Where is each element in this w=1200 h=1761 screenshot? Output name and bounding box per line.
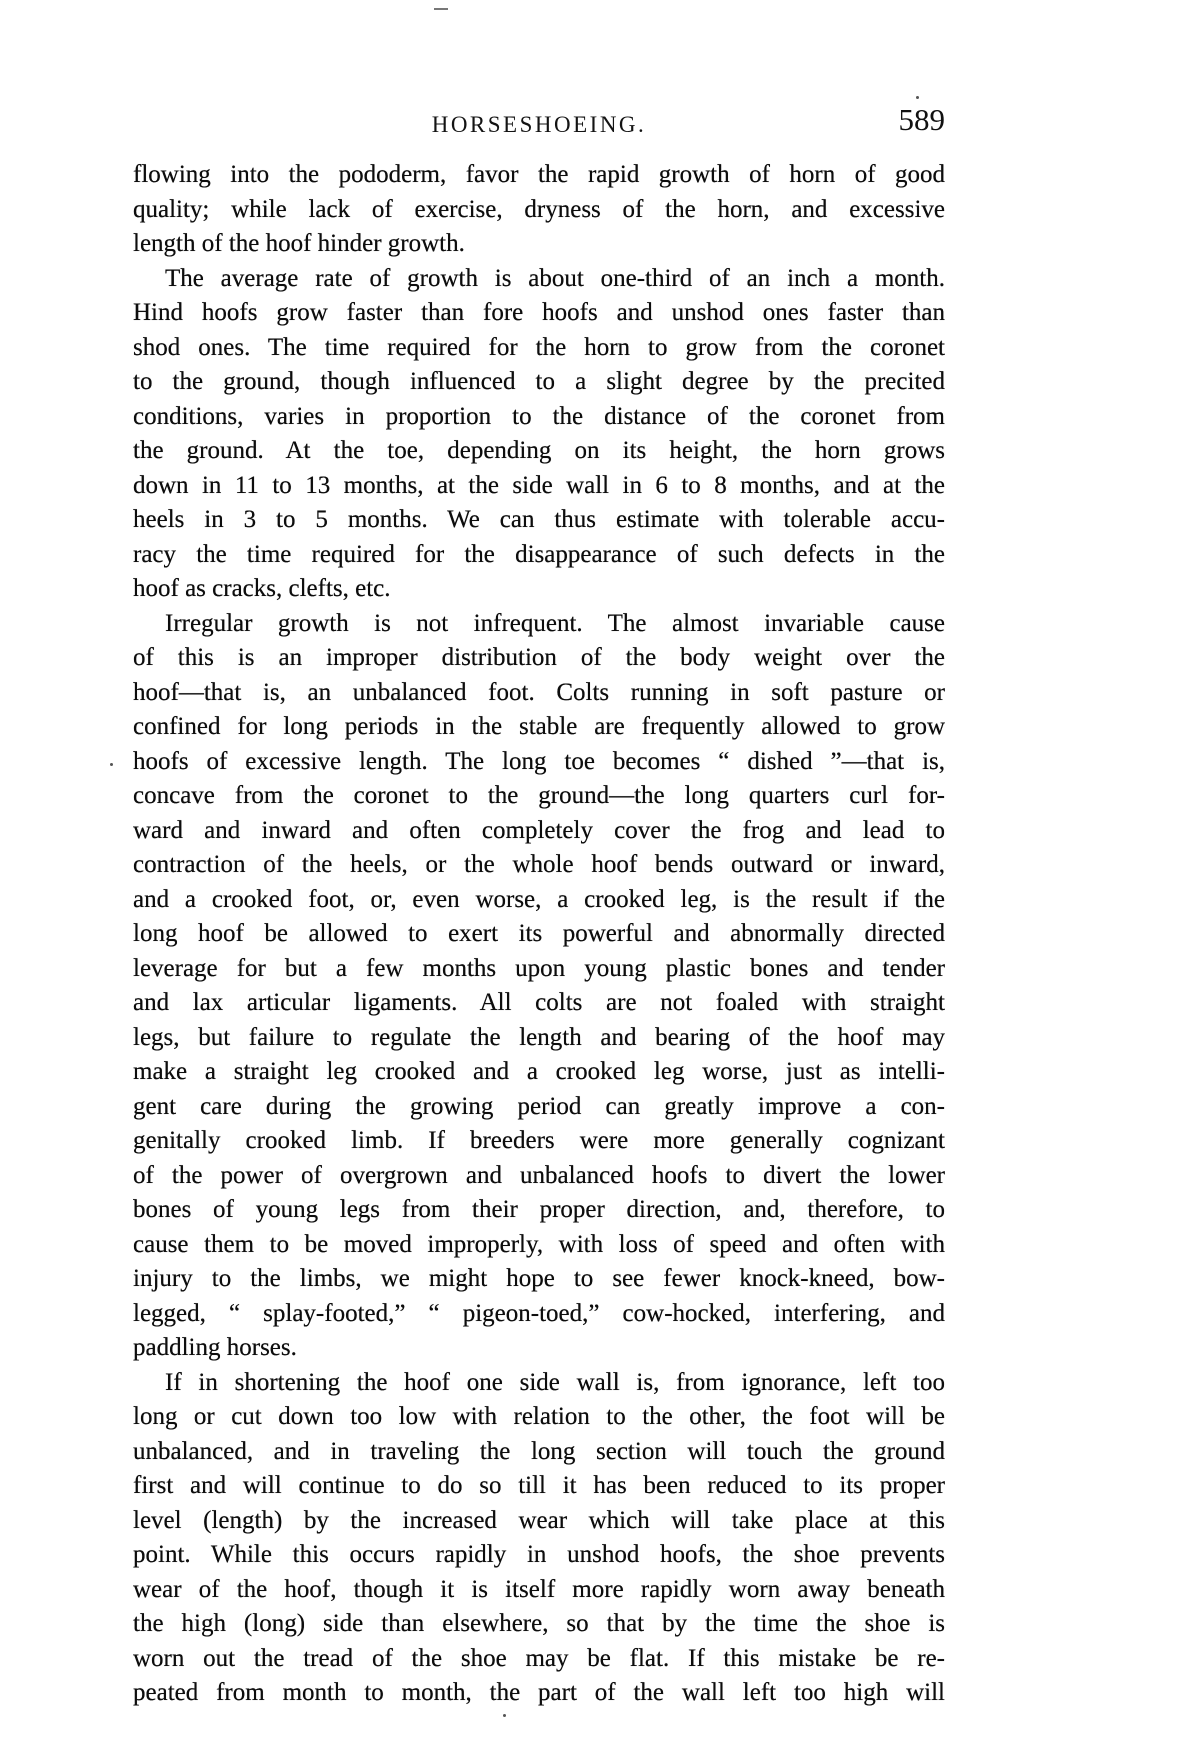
text-line: peated from month to month, the part of … bbox=[133, 1676, 945, 1711]
text-line: gent care during the growing period can … bbox=[133, 1090, 945, 1125]
text-line: cause them to be moved improperly, with … bbox=[133, 1228, 945, 1263]
text-line: down in 11 to 13 months, at the side wal… bbox=[133, 469, 945, 504]
scan-artifact bbox=[434, 8, 448, 10]
text-line: of this is an improper distribution of t… bbox=[133, 641, 945, 676]
text-line: The average rate of growth is about one-… bbox=[133, 262, 945, 297]
text-line: contraction of the heels, or the whole h… bbox=[133, 848, 945, 883]
page-title: HORSESHOEING. bbox=[133, 112, 945, 138]
text-line: to the ground, though influenced to a sl… bbox=[133, 365, 945, 400]
text-line: make a straight leg crooked and a crooke… bbox=[133, 1055, 945, 1090]
text-line: and lax articular ligaments. All colts a… bbox=[133, 986, 945, 1021]
text-line: long or cut down too low with relation t… bbox=[133, 1400, 945, 1435]
text-line: confined for long periods in the stable … bbox=[133, 710, 945, 745]
text-line: level (length) by the increased wear whi… bbox=[133, 1504, 945, 1539]
paragraph: The average rate of growth is about one-… bbox=[133, 262, 945, 607]
text-line: injury to the limbs, we might hope to se… bbox=[133, 1262, 945, 1297]
paragraph: Irregular growth is not infrequent. The … bbox=[133, 607, 945, 1366]
text-line: wear of the hoof, though it is itself mo… bbox=[133, 1573, 945, 1608]
text-line: conditions, varies in proportion to the … bbox=[133, 400, 945, 435]
text-line: If in shortening the hoof one side wall … bbox=[133, 1366, 945, 1401]
page-number: 589 bbox=[899, 102, 946, 138]
text-line: legged, “ splay-footed,” “ pigeon-toed,”… bbox=[133, 1297, 945, 1332]
text-line: bones of young legs from their proper di… bbox=[133, 1193, 945, 1228]
text-line: point. While this occurs rapidly in unsh… bbox=[133, 1538, 945, 1573]
text-line: heels in 3 to 5 months. We can thus esti… bbox=[133, 503, 945, 538]
text-line: first and will continue to do so till it… bbox=[133, 1469, 945, 1504]
text-block: flowing into the pododerm, favor the rap… bbox=[133, 158, 945, 1711]
text-line: legs, but failure to regulate the length… bbox=[133, 1021, 945, 1056]
text-line: hoof—that is, an unbalanced foot. Colts … bbox=[133, 676, 945, 711]
text-line: racy the time required for the disappear… bbox=[133, 538, 945, 573]
text-line: shod ones. The time required for the hor… bbox=[133, 331, 945, 366]
paragraph: If in shortening the hoof one side wall … bbox=[133, 1366, 945, 1711]
text-line: paddling horses. bbox=[133, 1331, 945, 1366]
text-line: the ground. At the toe, depending on its… bbox=[133, 434, 945, 469]
scan-artifact bbox=[110, 763, 113, 766]
text-line: and a crooked foot, or, even worse, a cr… bbox=[133, 883, 945, 918]
text-line: ward and inward and often completely cov… bbox=[133, 814, 945, 849]
paragraph: flowing into the pododerm, favor the rap… bbox=[133, 158, 945, 262]
text-line: leverage for but a few months upon young… bbox=[133, 952, 945, 987]
text-line: long hoof be allowed to exert its powerf… bbox=[133, 917, 945, 952]
scan-artifact bbox=[503, 1714, 506, 1717]
text-line: the high (long) side than elsewhere, so … bbox=[133, 1607, 945, 1642]
text-line: unbalanced, and in traveling the long se… bbox=[133, 1435, 945, 1470]
text-line: hoof as cracks, clefts, etc. bbox=[133, 572, 945, 607]
running-head: HORSESHOEING. 589 bbox=[133, 100, 945, 158]
scanned-book-page: HORSESHOEING. 589 flowing into the podod… bbox=[0, 0, 1200, 1761]
text-line: concave from the coronet to the ground—t… bbox=[133, 779, 945, 814]
text-line: genitally crooked limb. If breeders were… bbox=[133, 1124, 945, 1159]
text-line: Hind hoofs grow faster than fore hoofs a… bbox=[133, 296, 945, 331]
text-line: hoofs of excessive length. The long toe … bbox=[133, 745, 945, 780]
text-column: HORSESHOEING. 589 flowing into the podod… bbox=[133, 100, 945, 1711]
text-line: length of the hoof hinder growth. bbox=[133, 227, 945, 262]
scan-artifact bbox=[916, 96, 919, 99]
text-line: flowing into the pododerm, favor the rap… bbox=[133, 158, 945, 193]
text-line: quality; while lack of exercise, dryness… bbox=[133, 193, 945, 228]
text-line: worn out the tread of the shoe may be fl… bbox=[133, 1642, 945, 1677]
text-line: of the power of overgrown and unbalanced… bbox=[133, 1159, 945, 1194]
text-line: Irregular growth is not infrequent. The … bbox=[133, 607, 945, 642]
